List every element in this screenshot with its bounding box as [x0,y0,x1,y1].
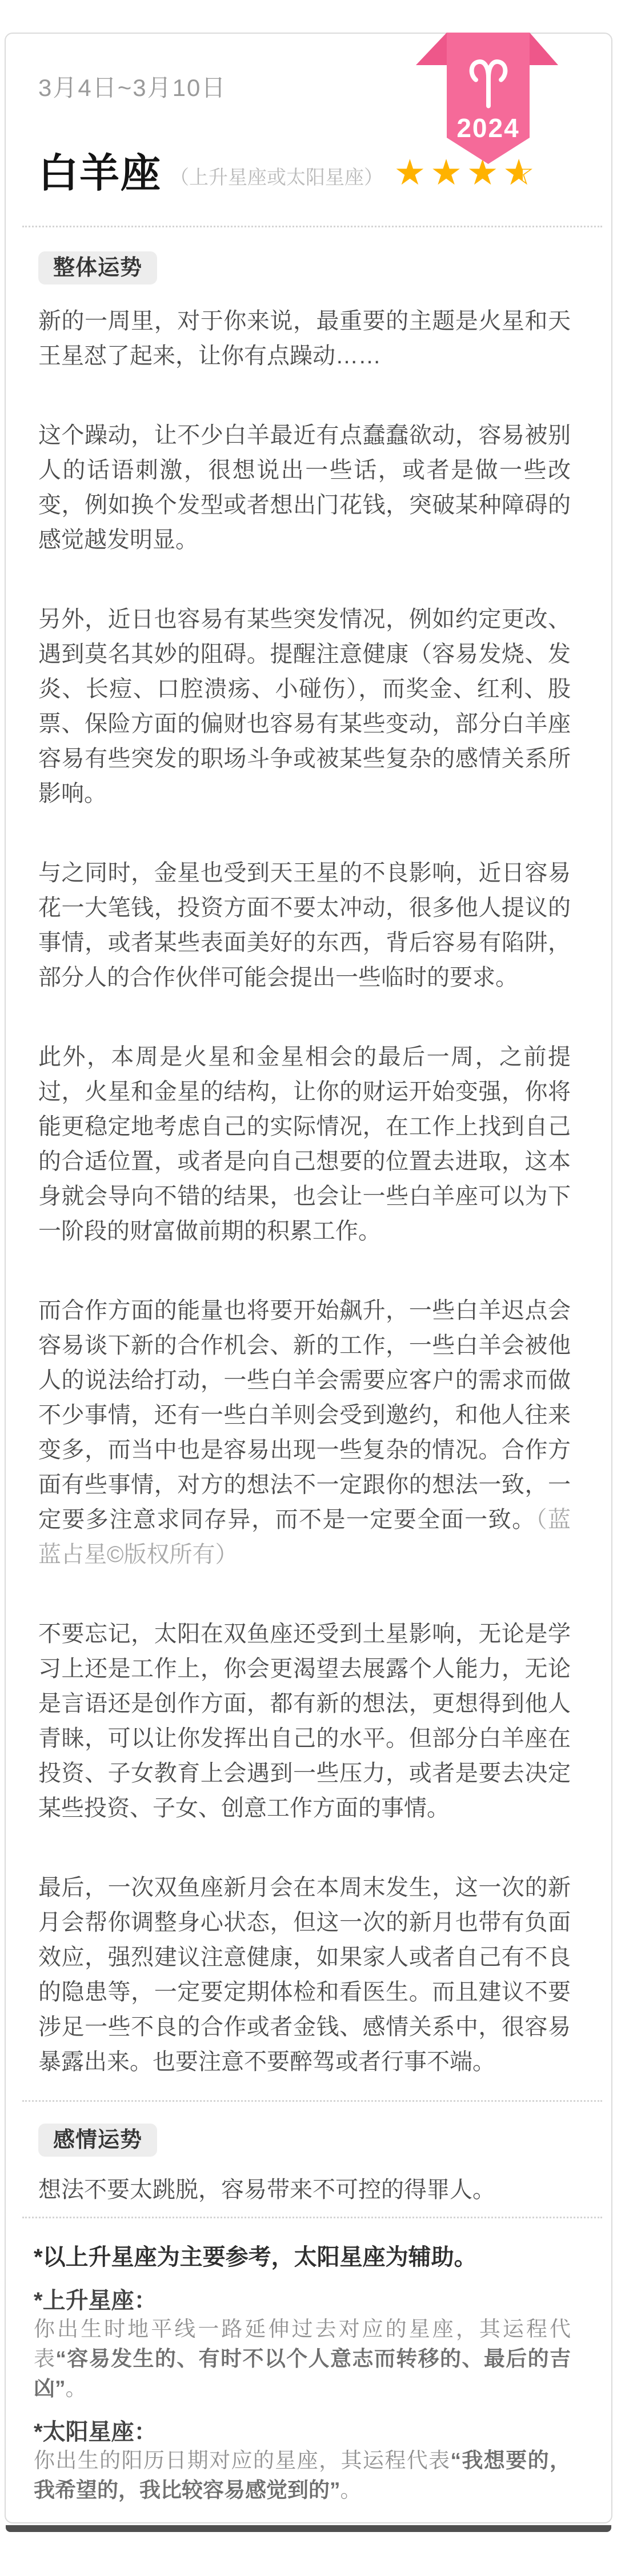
footnote-rising-desc: 你出生时地平线一路延伸过去对应的星座，其运程代表“容易发生的、有时不以个人意志而… [34,2314,571,2403]
paragraph-text: 而合作方面的能量也将要开始飙升，一些白羊迟点会容易谈下新的合作机会、新的工作，一… [38,1298,571,1532]
footnote-sun-desc: 你出生的阳历日期对应的星座，其运程代表“我想要的，我希望的，我比较容易感觉到的”… [34,2446,571,2505]
love-paragraph: 想法不要太跳脱，容易带来不可控的得罪人。 [38,2173,571,2208]
desc-text: 。 [66,2377,87,2400]
half-star-icon: ☆★ [503,155,539,191]
paragraph: 不要忘记，太阳在双鱼座还受到土星影响，无论是学习上还是工作上，你会更渴望去展露个… [38,1617,571,1826]
dotted-divider [22,2217,602,2218]
dotted-divider [22,226,602,227]
sign-subtitle: （上升星座或太阳星座） [170,150,383,205]
footnote-rising-label: *上升星座： [34,2287,571,2314]
overall-paragraphs: 新的一周里，对于你来说，最重要的主题是火星和天王星怼了起来，让你有点躁动…… 这… [38,304,571,2080]
footnote-sun-sign: *太阳星座： 你出生的阳历日期对应的星座，其运程代表“我想要的，我希望的，我比较… [34,2418,571,2505]
paragraph: 最后，一次双鱼座新月会在本周末发生，这一次的新月会帮你调整身心状态，但这一次的新… [38,1870,571,2080]
aries-icon [463,57,514,109]
ribbon-year: 2024 [447,113,530,143]
footnote-main: *以上升星座为主要参考，太阳星座为辅助。 [34,2242,571,2272]
star-icon: ★ [394,155,431,191]
star-fill-icon: ★ [503,155,522,191]
sign-title: 白羊座 [38,146,162,201]
footnote-sun-label: *太阳星座： [34,2418,571,2446]
section-badge-love: 感情运势 [38,2124,157,2157]
horoscope-card: 3月4日~3月10日 白羊座 （上升星座或太阳星座） ★★★☆★ 整体运势 新的… [5,33,612,2523]
paragraph: 这个躁动，让不少白羊最近有点蠢蠢欲动，容易被别人的话语刺激，很想说出一些话，或者… [38,418,571,558]
desc-text: 你出生的阳历日期对应的星座，其运程代表 [34,2449,451,2472]
section-badge-overall: 整体运势 [38,251,157,285]
rating-stars: ★★★☆★ [394,155,539,191]
desc-text: 。 [340,2478,362,2502]
star-icon: ★ [430,155,467,191]
dotted-divider [22,2100,602,2102]
paragraph: 而合作方面的能量也将要开始飙升，一些白羊迟点会容易谈下新的合作机会、新的工作，一… [38,1293,571,1572]
desc-bold-text: “容易发生的、有时不以个人意志而转移的、最后的吉凶” [34,2347,571,2400]
ribbon-banner: 2024 [447,33,530,164]
paragraph: 新的一周里，对于你来说，最重要的主题是火星和天王星怼了起来，让你有点躁动…… [38,304,571,374]
paragraph: 与之同时，金星也受到天王星的不良影响，近日容易花一大笔钱，投资方面不要太冲动，很… [38,856,571,995]
paragraph: 另外，近日也容易有某些突发情况，例如约定更改、遇到莫名其妙的阻碍。提醒注意健康（… [38,602,571,811]
footnote-rising-sign: *上升星座： 你出生时地平线一路延伸过去对应的星座，其运程代表“容易发生的、有时… [34,2287,571,2403]
card-bottom-shadow [6,2525,611,2532]
paragraph: 此外，本周是火星和金星相会的最后一周，之前提过，火星和金星的结构，让你的财运开始… [38,1040,571,1249]
